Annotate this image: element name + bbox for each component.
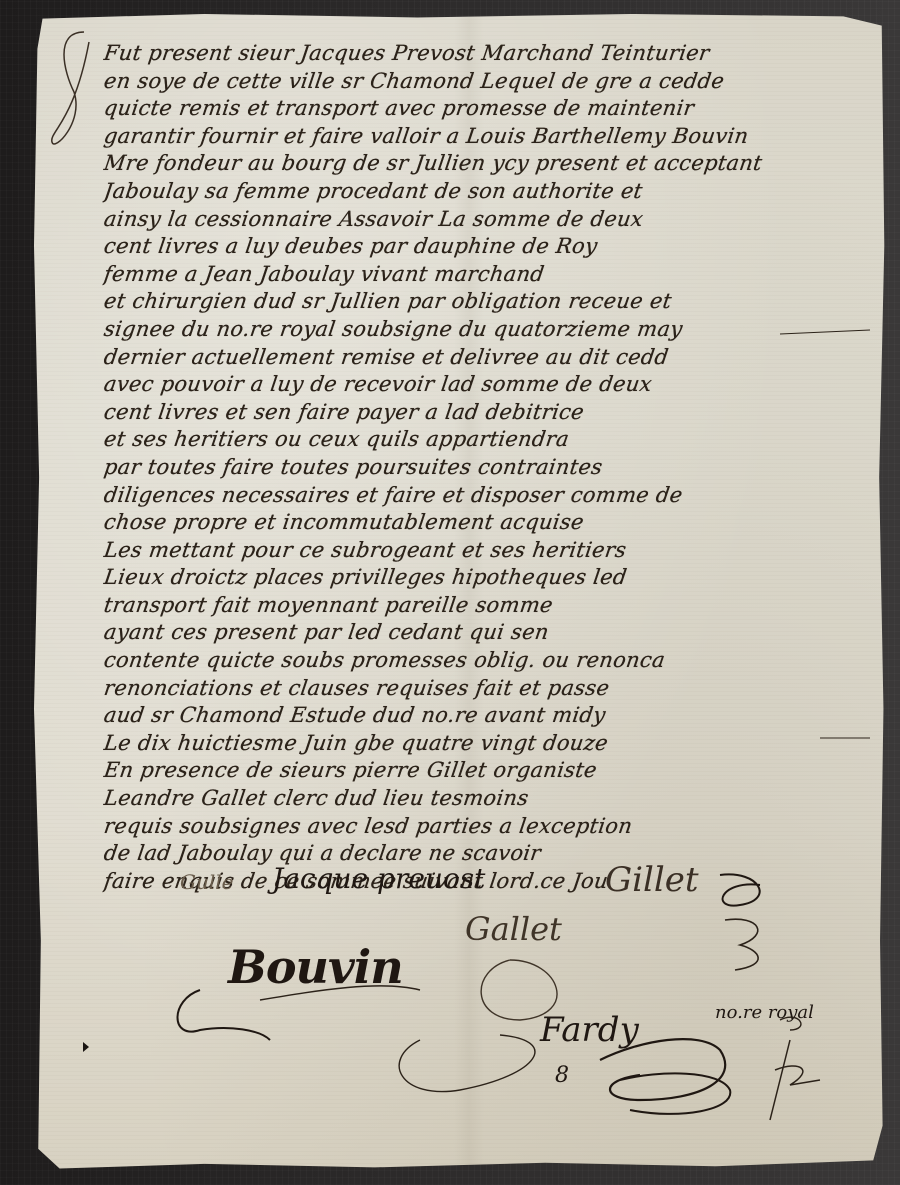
text-line: signee du no.re royal soubsigne du quato… [102, 316, 866, 344]
text-line: cent livres et sen faire payer a lad deb… [102, 399, 866, 427]
text-line: Lieux droictz places privilleges hipothe… [102, 564, 866, 592]
text-line: ayant ces present par led cedant qui sen [102, 619, 866, 647]
text-line: diligences necessaires et faire et dispo… [102, 482, 866, 510]
text-line: renonciations et clauses requises fait e… [102, 675, 866, 703]
signature-fardy: Fardy [540, 1010, 639, 1050]
signature-prevost: Jacque preuost [272, 862, 485, 895]
text-line: transport fait moyennant pareille somme [102, 592, 866, 620]
notary-title: no.re royal [715, 1002, 814, 1023]
text-line: ainsy la cessionnaire Assavoir La somme … [102, 206, 866, 234]
text-line: Leandre Gallet clerc dud lieu tesmoins [102, 785, 866, 813]
text-line: Jaboulay sa femme procedant de son autho… [102, 178, 866, 206]
text-line: et ses heritiers ou ceux quils appartien… [102, 426, 866, 454]
signature-gillet: Gillet [605, 860, 699, 900]
text-line: quicte remis et transport avec promesse … [102, 95, 866, 123]
text-line: requis soubsignes avec lesd parties a le… [102, 813, 866, 841]
text-line: avec pouvoir a luy de recevoir lad somme… [102, 371, 866, 399]
initial-letter-flourish [44, 22, 104, 162]
signature-gallet: Gallet [465, 910, 562, 948]
text-line: femme a Jean Jaboulay vivant marchand [102, 261, 866, 289]
text-line: en soye de cette ville sr Chamond Lequel… [102, 68, 866, 96]
text-line: garantir fournir et faire valloir a Loui… [102, 123, 866, 151]
manuscript-body: Fut present sieur Jacques Prevost Marcha… [104, 40, 864, 895]
text-line: dernier actuellement remise et delivree … [102, 344, 866, 372]
text-line: Les mettant pour ce subrogeant et ses he… [102, 537, 866, 565]
text-line: contente quicte soubs promesses oblig. o… [102, 647, 866, 675]
text-line: Mre fondeur au bourg de sr Jullien ycy p… [102, 150, 866, 178]
text-line: En presence de sieurs pierre Gillet orga… [102, 757, 866, 785]
manuscript-page: Fut present sieur Jacques Prevost Marcha… [34, 14, 886, 1172]
text-line: Fut present sieur Jacques Prevost Marcha… [102, 40, 866, 68]
text-line: par toutes faire toutes poursuites contr… [102, 454, 866, 482]
text-line: et chirurgien dud sr Jullien par obligat… [102, 288, 866, 316]
text-line: chose propre et incommutablement acquise [102, 509, 866, 537]
text-line: aud sr Chamond Estude dud no.re avant mi… [102, 702, 866, 730]
text-line: cent livres a luy deubes par dauphine de… [102, 233, 866, 261]
margin-signature: Gulle [180, 870, 234, 894]
text-line: Le dix huictiesme Juin gbe quatre vingt … [102, 730, 866, 758]
signature-bouvin: Bouvin [228, 940, 403, 994]
